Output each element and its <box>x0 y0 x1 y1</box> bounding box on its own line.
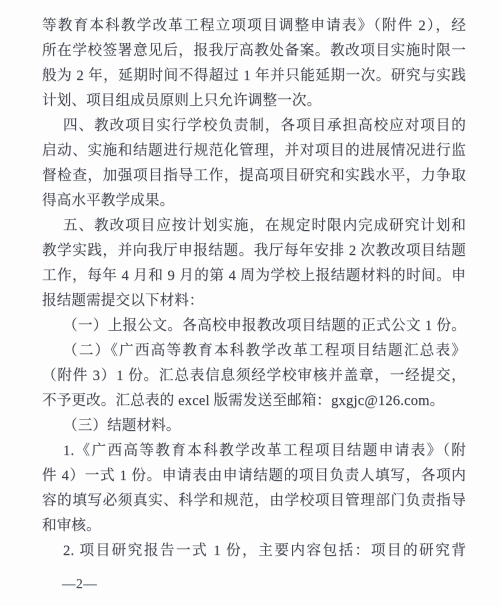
text-line: 五、教改项目应按计划实施，在规定时限内完成研究计划和 <box>42 214 466 239</box>
text-line: 容的填写必须真实、科学和规范，由学校项目管理部门负责指导 <box>42 489 466 514</box>
text-line: 工作，每年 4 月和 9 月的第 4 周为学校上报结题材料的时间。申 <box>42 264 466 289</box>
text-line: 不予更改。汇总表的 excel 版需发送至邮箱：gxgjc@126.com。 <box>42 389 466 414</box>
text-line: 督检查，加强项目指导工作，提高项目研究和实践水平，力争取 <box>42 164 466 189</box>
text-line: 报结题需提交以下材料： <box>42 289 466 314</box>
text-line: 1.《广西高等教育本科教学改革工程项目结题申请表》（附 <box>42 439 466 464</box>
text-line: 等教育本科教学改革工程立项项目调整申请表》（附件 2），经 <box>42 14 466 39</box>
text-line: 件 4）一式 1 份。申请表由申请结题的项目负责人填写，各项内 <box>42 464 466 489</box>
text-line: （三）结题材料。 <box>42 414 466 439</box>
text-line: 启动、实施和结题进行规范化管理，并对项目的进展情况进行监 <box>42 139 466 164</box>
text-line: 教学实践，并向我厅申报结题。我厅每年安排 2 次教改项目结题 <box>42 239 466 264</box>
text-line: （附件 3）1 份。汇总表信息须经学校审核并盖章，一经提交， <box>42 364 466 389</box>
text-line: 般为 2 年，延期时间不得超过 1 年并只能延期一次。研究与实践 <box>42 64 466 89</box>
text-line: 所在学校签署意见后，报我厅高教处备案。教改项目实施时限一 <box>42 39 466 64</box>
text-line: 四、教改项目实行学校负责制，各项目承担高校应对项目的 <box>42 114 466 139</box>
page-number: —2— <box>62 575 97 593</box>
text-column: 等教育本科教学改革工程立项项目调整申请表》（附件 2），经 所在学校签署意见后，… <box>42 14 466 564</box>
text-line: 和审核。 <box>42 514 466 539</box>
text-line: 得高水平教学成果。 <box>42 189 466 214</box>
text-line: 2. 项目研究报告一式 1 份，主要内容包括：项目的研究背 <box>42 539 466 564</box>
text-line: （二）《广西高等教育本科教学改革工程项目结题汇总表》 <box>42 339 466 364</box>
text-line: （一）上报公文。各高校申报教改项目结题的正式公文 1 份。 <box>42 314 466 339</box>
document-page: 等教育本科教学改革工程立项项目调整申请表》（附件 2），经 所在学校签署意见后，… <box>0 0 500 606</box>
text-line: 计划、项目组成员原则上只允许调整一次。 <box>42 89 466 114</box>
